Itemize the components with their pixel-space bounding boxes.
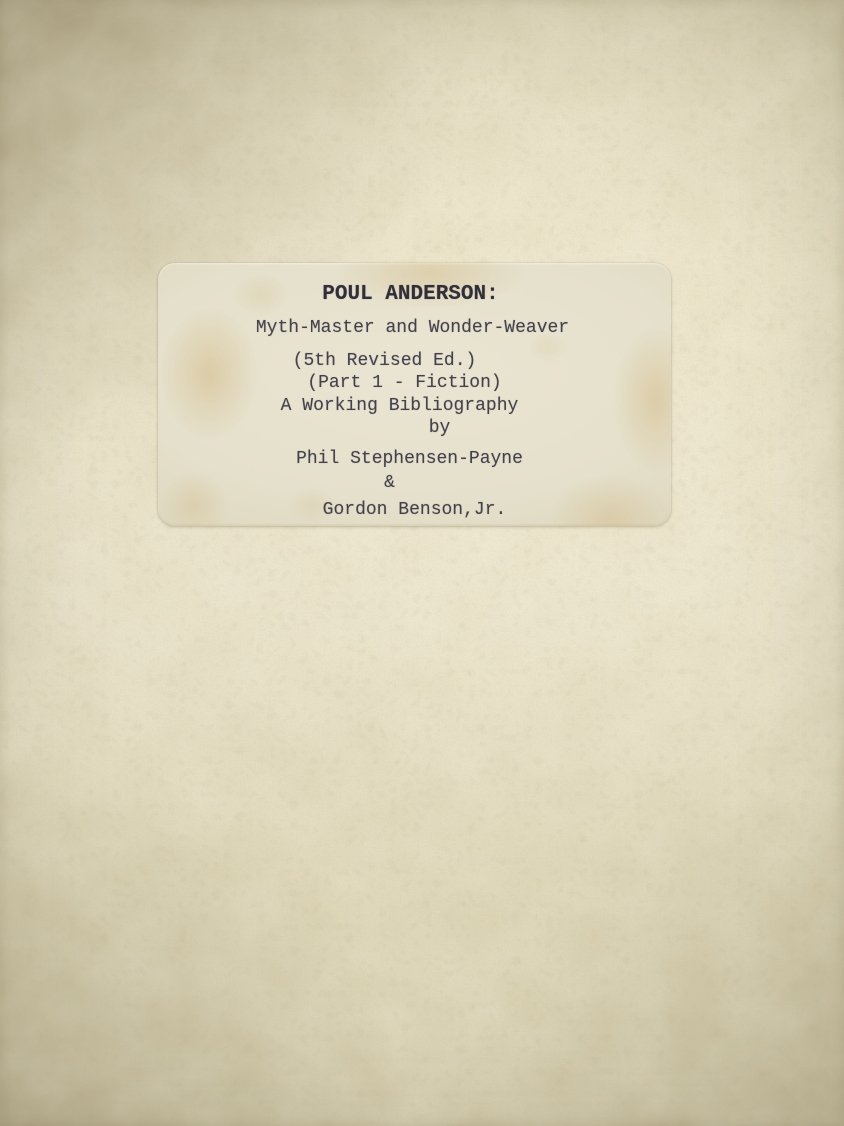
cover-surface (0, 0, 844, 1126)
edition-line: (5th Revised Ed.) (128, 351, 641, 372)
title-label-sticker: POUL ANDERSON: Myth-Master and Wonder-We… (158, 263, 671, 526)
book-subtitle: Myth-Master and Wonder-Weaver (156, 318, 669, 339)
author-name-secondary: Gordon Benson,Jr. (158, 500, 671, 521)
ampersand: & (133, 473, 646, 494)
author-name-primary: Phil Stephensen-Payne (153, 449, 666, 470)
book-title: POUL ANDERSON: (154, 283, 667, 307)
byline: by (183, 418, 696, 439)
part-line: (Part 1 - Fiction) (148, 373, 661, 394)
book-cover-photo: POUL ANDERSON: Myth-Master and Wonder-We… (0, 0, 844, 1126)
bibliography-line: A Working Bibliography (143, 396, 656, 417)
